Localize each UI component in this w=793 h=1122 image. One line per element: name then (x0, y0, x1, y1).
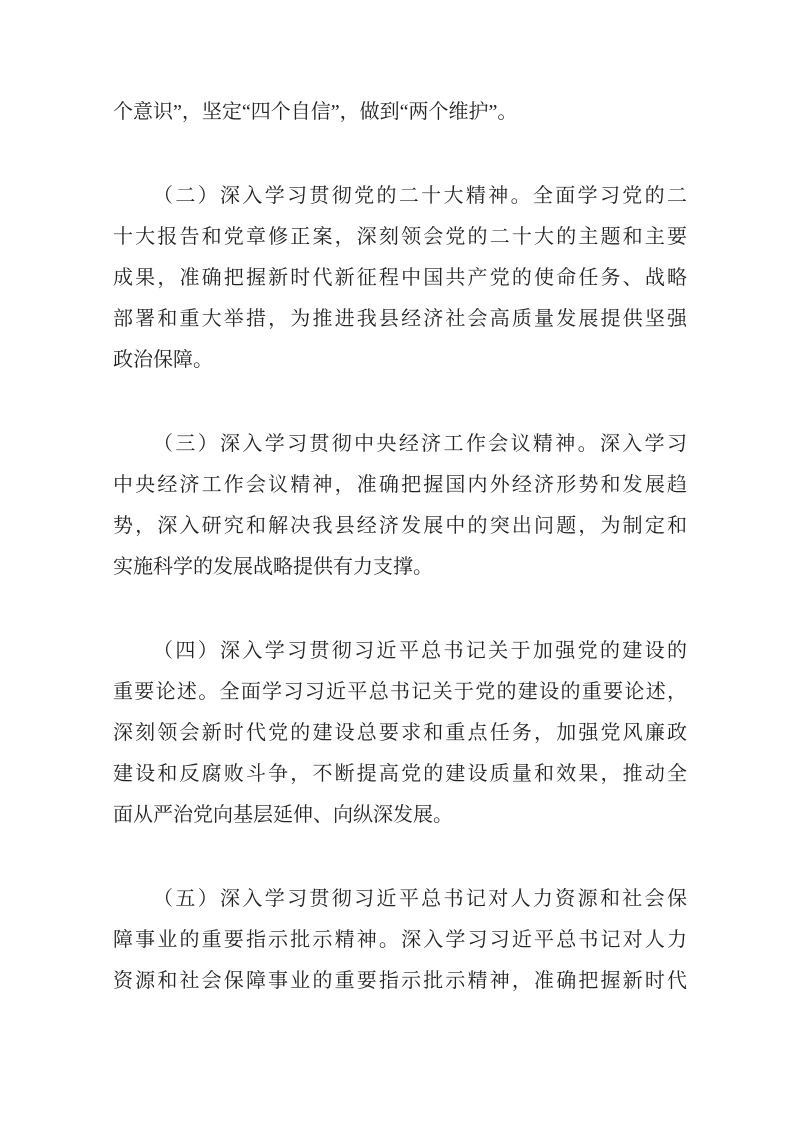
para-1-tail: 个意识”，坚定“四个自信”，做到“两个维护”。 (113, 92, 687, 133)
para-3: （三）深入学习贯彻中央经济工作会议精神。深入学习中央经济工作会议精神，准确把握国… (113, 424, 687, 588)
text-line: 实施科学的发展战略提供有力支撑。 (113, 547, 687, 588)
text-line: 建设和反腐败斗争，不断提高党的建设质量和效果，推动全 (113, 754, 687, 795)
text-line: （三）深入学习贯彻中央经济工作会议精神。深入学习 (113, 424, 687, 465)
document-page: 个意识”，坚定“四个自信”，做到“两个维护”。（二）深入学习贯彻党的二十大精神。… (0, 0, 793, 1122)
para-2: （二）深入学习贯彻党的二十大精神。全面学习党的二十大报告和党章修正案，深刻领会党… (113, 176, 687, 381)
text-line: 政治保障。 (113, 340, 687, 381)
text-line: 势，深入研究和解决我县经济发展中的突出问题，为制定和 (113, 506, 687, 547)
text-line: 个意识”，坚定“四个自信”，做到“两个维护”。 (113, 92, 687, 133)
text-line: 十大报告和党章修正案，深刻领会党的二十大的主题和主要 (113, 217, 687, 258)
para-4: （四）深入学习贯彻习近平总书记关于加强党的建设的重要论述。全面学习习近平总书记关… (113, 631, 687, 836)
text-line: 中央经济工作会议精神，准确把握国内外经济形势和发展趋 (113, 465, 687, 506)
text-line: 重要论述。全面学习习近平总书记关于党的建设的重要论述， (113, 672, 687, 713)
document-body: 个意识”，坚定“四个自信”，做到“两个维护”。（二）深入学习贯彻党的二十大精神。… (113, 92, 687, 1002)
text-line: （五）深入学习贯彻习近平总书记对人力资源和社会保 (113, 879, 687, 920)
text-line: （四）深入学习贯彻习近平总书记关于加强党的建设的 (113, 631, 687, 672)
text-line: （二）深入学习贯彻党的二十大精神。全面学习党的二 (113, 176, 687, 217)
text-line: 障事业的重要指示批示精神。深入学习习近平总书记对人力 (113, 920, 687, 961)
text-line: 面从严治党向基层延伸、向纵深发展。 (113, 795, 687, 836)
text-line: 部署和重大举措，为推进我县经济社会高质量发展提供坚强 (113, 299, 687, 340)
para-5: （五）深入学习贯彻习近平总书记对人力资源和社会保障事业的重要指示批示精神。深入学… (113, 879, 687, 1002)
text-line: 深刻领会新时代党的建设总要求和重点任务，加强党风廉政 (113, 713, 687, 754)
text-line: 资源和社会保障事业的重要指示批示精神，准确把握新时代 (113, 961, 687, 1002)
text-line: 成果，准确把握新时代新征程中国共产党的使命任务、战略 (113, 258, 687, 299)
